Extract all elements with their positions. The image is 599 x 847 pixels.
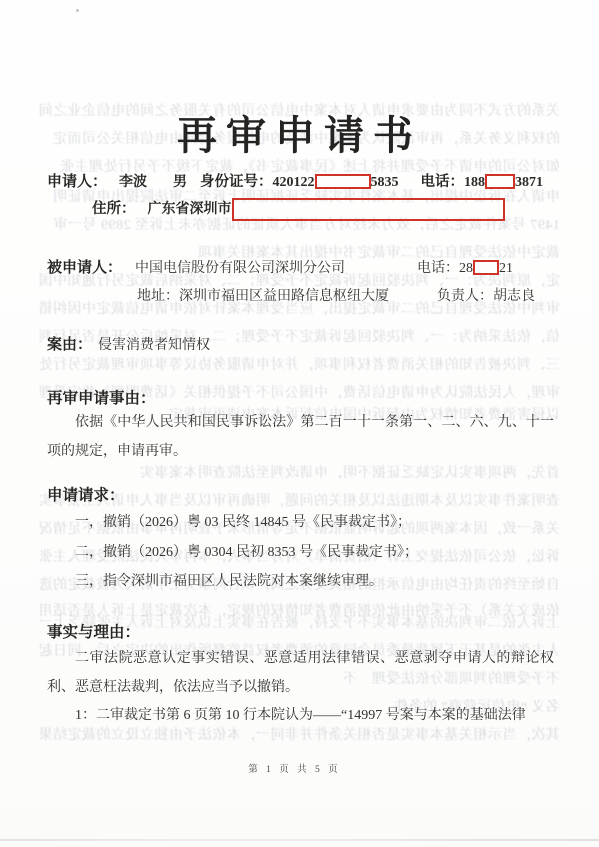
applicant-address-row: 住所：广东省深圳市	[47, 197, 559, 221]
document-content: 再审申请书 申请人：李波男身份证号：4201225835电话：1883871 住…	[0, 0, 599, 847]
page-number-footer: 第 1 页 共 5 页	[0, 761, 589, 775]
respondent-address-label: 地址：	[137, 289, 179, 304]
id-number-redaction-box	[315, 174, 371, 189]
principal-name: 胡志良	[493, 289, 535, 304]
respondent-row: 被申请人：中国电信股份有限公司深圳分公司电话：2821	[47, 256, 559, 277]
id-number-prefix: 420122	[273, 175, 315, 190]
respondent-label: 被申请人：	[47, 259, 122, 276]
applicant-phone-redaction-box	[485, 174, 515, 189]
request-item-3: 三，指令深圳市福田区人民法院对本案继续审理。	[47, 567, 554, 597]
grounds-heading: 再审申请事由：	[47, 386, 156, 408]
cause-row: 案由：侵害消费者知情权	[47, 333, 559, 354]
applicant-row: 申请人：李波男身份证号：4201225835电话：1883871	[47, 170, 559, 191]
respondent-phone-suffix: 21	[499, 261, 513, 276]
address-prefix: 广东省深圳市	[148, 202, 232, 217]
cause-value: 侵害消费者知情权	[98, 338, 210, 353]
address-redaction-box	[232, 198, 505, 221]
principal-label: 负责人：	[437, 289, 493, 304]
respondent-address-row: 地址：深圳市福田区益田路信息枢纽大厦负责人：胡志良	[47, 285, 559, 305]
respondent-phone-label: 电话：	[417, 261, 459, 276]
scan-bottom-edge	[0, 839, 599, 841]
document-title: 再审申请书	[0, 104, 599, 161]
applicant-phone-prefix: 188	[464, 175, 485, 190]
request-item-1: 一，撤销（2026）粤 03 民终 14845 号《民事裁定书》；	[47, 508, 554, 538]
id-number-label: 身份证号：	[200, 174, 273, 190]
respondent-address: 深圳市福田区益田路信息枢纽大厦	[179, 289, 389, 304]
applicant-phone-label: 电话：	[421, 174, 465, 190]
scanned-document-page: 关系的方式不同为由要求申请人对本案中电信公司的有关服务之间的电信企业之间的权利义…	[0, 0, 599, 847]
id-number-suffix: 5835	[371, 175, 399, 190]
applicant-phone-suffix: 3871	[515, 175, 543, 190]
facts-paragraph-1: 二审法院恶意认定事实错误、恶意适用法律错误、恶意剥夺申请人的辩论权利、恶意枉法裁…	[47, 645, 554, 702]
scan-speck	[76, 9, 79, 12]
grounds-body: 依据《中华人民共和国民事诉讼法》第二百一十一条第一、二、六、九、十一项的规定，申…	[47, 409, 554, 466]
requests-list: 一，撤销（2026）粤 03 民终 14845 号《民事裁定书》； 二，撤销（2…	[47, 508, 554, 597]
cause-label: 案由：	[47, 336, 92, 353]
applicant-label: 申请人：	[47, 173, 107, 190]
address-label: 住所：	[92, 201, 136, 217]
respondent-phone-redaction-box	[473, 260, 499, 275]
requests-heading: 申请请求：	[47, 483, 125, 505]
facts-paragraph-2: 1：二审裁定书第 6 页第 10 行本院认为——“14997 号案与本案的基础法…	[47, 702, 554, 731]
request-item-2: 二，撤销（2026）粤 0304 民初 8353 号《民事裁定书》；	[47, 538, 554, 568]
respondent-phone-prefix: 28	[459, 261, 473, 276]
applicant-name: 李波	[119, 175, 147, 190]
respondent-name: 中国电信股份有限公司深圳分公司	[135, 261, 345, 276]
applicant-gender: 男	[173, 175, 187, 190]
facts-heading: 事实与理由：	[47, 620, 140, 642]
